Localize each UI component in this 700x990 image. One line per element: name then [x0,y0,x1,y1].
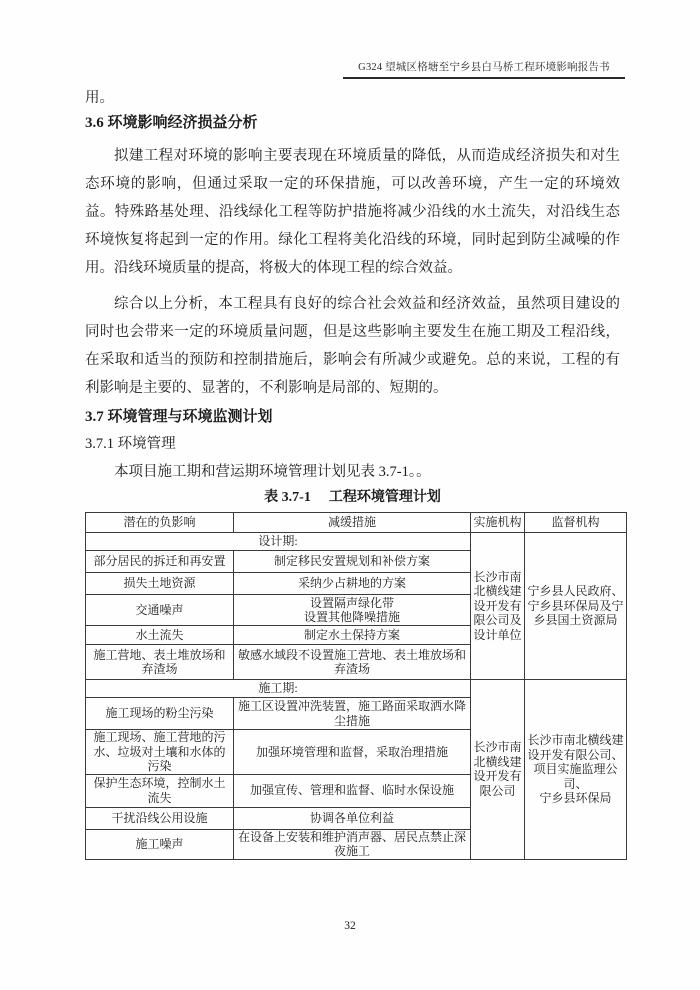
measure-cell: 加强宣传、管理和监督、临时水保设施 [234,774,471,807]
measure-cell: 制定水土保持方案 [234,626,471,645]
measure-cell: 设置隔声绿化带 设置其他降噪措施 [234,595,471,626]
impact-cell: 保护生态环境，控制水土流失 [86,774,234,807]
impact-cell: 施工噪声 [86,829,234,859]
phase-label-cell: 施工期: [86,680,471,698]
carryover-text: 用。 [85,88,620,108]
measure-cell: 制定移民安置规划和补偿方案 [234,551,471,573]
env-management-table: 潜在的负影响 减缓措施 实施机构 监督机构 设计期: 长沙市南北横线建设开发有限… [85,512,627,860]
measure-cell: 加强环境管理和监督，采取治理措施 [234,730,471,775]
paragraph-economic-analysis-2: 综合以上分析，本工程具有良好的综合社会效益和经济效益，虽然项目建设的同时也会带来… [85,290,620,402]
measure-cell: 采纳少占耕地的方案 [234,573,471,595]
header-cell-implementing: 实施机构 [471,513,525,533]
phase-row-construction: 施工期: 长沙市南北横线建设开发有限公司 长沙市南北横线建设开发有限公司、项目实… [86,680,627,698]
running-header: G324 望城区格塘至宁乡县白马桥工程环境影响报告书 [343,59,625,79]
impact-cell: 施工营地、表土堆放场和弃渣场 [86,645,234,680]
table-caption-label: 表 3.7-1 [264,490,311,505]
section-heading-3-7-1: 3.7.1 环境管理 [85,434,620,454]
header-cell-measure: 减缓措施 [234,513,471,533]
table-caption-title: 工程环境管理计划 [329,490,441,505]
paragraph-economic-analysis-1: 拟建工程对环境的影响主要表现在环境质量的降低，从而造成经济损失和对生态环境的影响… [85,142,620,282]
measure-cell: 施工区设置冲洗装置，施工路面采取洒水降尘措施 [234,698,471,730]
impact-cell: 部分居民的拆迁和再安置 [86,551,234,573]
measure-cell: 在设备上安装和维护消声器、居民点禁止深夜施工 [234,829,471,859]
supervising-agency-cell: 长沙市南北横线建设开发有限公司、项目实施监理公司、 宁乡县环保局 [525,680,627,860]
supervising-agency-cell: 宁乡县人民政府、宁乡县环保局及宁乡县国土资源局 [525,533,627,680]
header-cell-supervising: 监督机构 [525,513,627,533]
section-heading-3-7: 3.7 环境管理与环境监测计划 [85,406,620,428]
implementing-agency-cell: 长沙市南北横线建设开发有限公司 [471,680,525,860]
impact-cell: 水土流失 [86,626,234,645]
impact-cell: 交通噪声 [86,595,234,626]
impact-cell: 施工现场的粉尘污染 [86,698,234,730]
phase-label-cell: 设计期: [86,533,471,551]
impact-cell: 损失土地资源 [86,573,234,595]
measure-cell: 协调各单位利益 [234,807,471,829]
section-heading-3-6: 3.6 环境影响经济损益分析 [85,112,620,134]
impact-cell: 干扰沿线公用设施 [86,807,234,829]
implementing-agency-cell: 长沙市南北横线建设开发有限公司及设计单位 [471,533,525,680]
phase-row-design: 设计期: 长沙市南北横线建设开发有限公司及设计单位 宁乡县人民政府、宁乡县环保局… [86,533,627,551]
paragraph-management-plan-ref: 本项目施工期和营运期环境管理计划见表 3.7-1。。 [85,458,620,486]
impact-cell: 施工现场、施工营地的污水、垃圾对土壤和水体的污染 [86,730,234,775]
measure-cell: 敏感水域段不设置施工营地、表土堆放场和弃渣场 [234,645,471,680]
document-page: G324 望城区格塘至宁乡县白马桥工程环境影响报告书 用。 3.6 环境影响经济… [0,0,700,990]
table-caption: 表 3.7-1工程环境管理计划 [85,488,620,508]
page-number: 32 [0,920,700,932]
header-cell-impact: 潜在的负影响 [86,513,234,533]
table-header-row: 潜在的负影响 减缓措施 实施机构 监督机构 [86,513,627,533]
page-content: 用。 3.6 环境影响经济损益分析 拟建工程对环境的影响主要表现在环境质量的降低… [85,88,620,860]
